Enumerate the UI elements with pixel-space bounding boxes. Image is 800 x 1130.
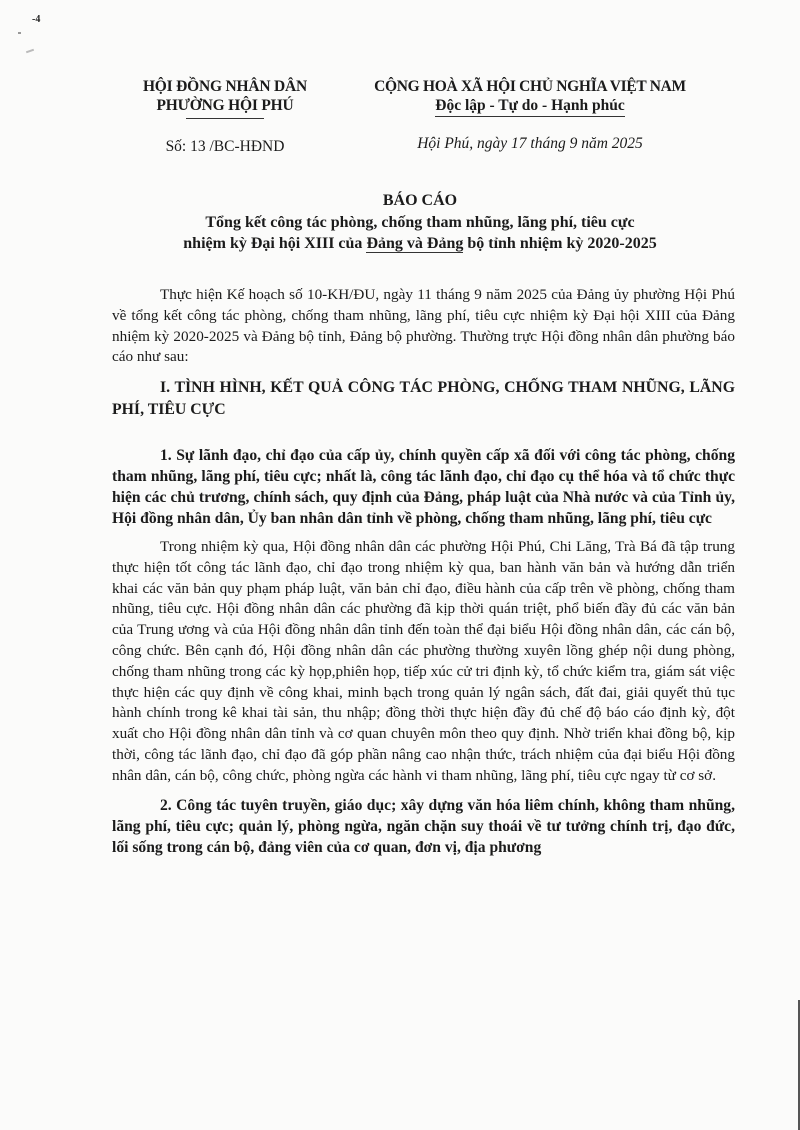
document-subtitle-line2: nhiệm kỳ Đại hội XIII của Đảng và Đảng b… [100, 233, 740, 254]
issuing-authority-block: HỘI ĐỒNG NHÂN DÂN PHƯỜNG HỘI PHÚ Số: 13 … [120, 77, 330, 156]
scan-speck [26, 49, 34, 54]
subtitle-post: bộ tỉnh nhiệm kỳ 2020-2025 [463, 235, 656, 252]
item-heading-2: 2. Công tác tuyên truyền, giáo dục; xây … [112, 795, 735, 858]
scan-speck [18, 32, 21, 34]
subtitle-underlined: Đảng và Đảng [366, 235, 463, 253]
document-page: -4 HỘI ĐỒNG NHÂN DÂN PHƯỜNG HỘI PHÚ Số: … [0, 0, 800, 1130]
intro-paragraph: Thực hiện Kế hoạch số 10-KH/ĐU, ngày 11 … [112, 285, 735, 368]
subtitle-pre: nhiệm kỳ Đại hội XIII của [183, 235, 366, 252]
document-number: Số: 13 /BC-HĐND [120, 137, 330, 156]
national-title: CỘNG HOÀ XÃ HỘI CHỦ NGHĨA VIỆT NAM [340, 77, 720, 96]
authority-name: HỘI ĐỒNG NHÂN DÂN [120, 77, 330, 96]
place-date: Hội Phú, ngày 17 tháng 9 năm 2025 [340, 134, 720, 153]
national-motto-block: CỘNG HOÀ XÃ HỘI CHỦ NGHĨA VIỆT NAM Độc l… [340, 77, 720, 153]
scan-corner-mark: -4 [32, 14, 40, 25]
document-subtitle-line1: Tổng kết công tác phòng, chống tham nhũn… [100, 212, 740, 233]
document-body: Thực hiện Kế hoạch số 10-KH/ĐU, ngày 11 … [112, 285, 735, 858]
national-motto: Độc lập - Tự do - Hạnh phúc [435, 96, 624, 117]
section-heading-1: I. TÌNH HÌNH, KẾT QUẢ CÔNG TÁC PHÒNG, CH… [112, 377, 735, 421]
authority-ward: PHƯỜNG HỘI PHÚ [120, 96, 330, 115]
document-title-block: BÁO CÁO Tổng kết công tác phòng, chống t… [100, 190, 740, 254]
header-underline [186, 118, 264, 119]
item-heading-1: 1. Sự lãnh đạo, chỉ đạo của cấp ủy, chín… [112, 445, 735, 529]
item-paragraph-1: Trong nhiệm kỳ qua, Hội đồng nhân dân cá… [112, 537, 735, 787]
document-type: BÁO CÁO [100, 190, 740, 212]
